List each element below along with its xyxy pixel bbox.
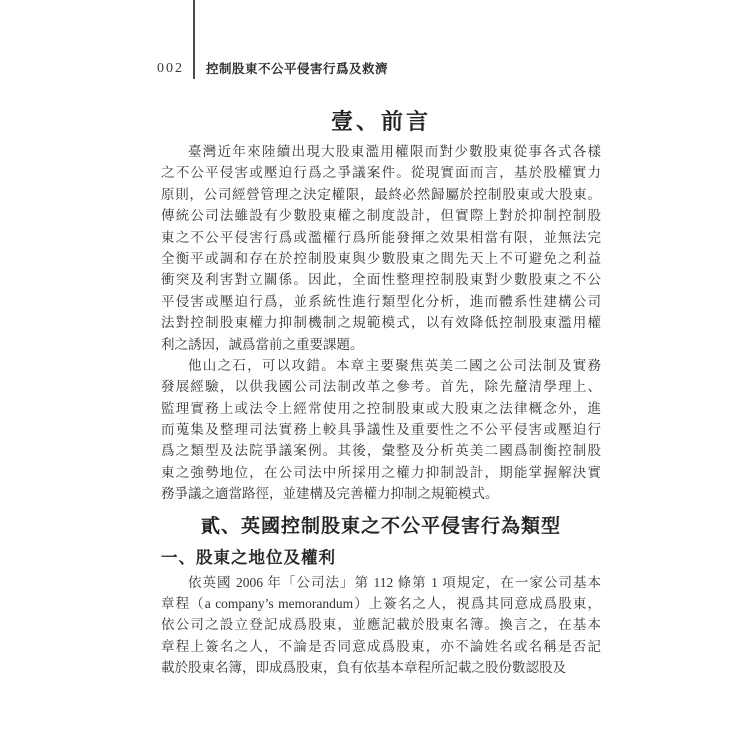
text-line: 爲之類型及法院爭議案例。其後，彙整及分析英美二國爲制衡控制股 <box>161 440 601 461</box>
text-line: 平侵害或壓迫行爲，並系統性進行類型化分析，進而體系性建構公司 <box>161 291 601 312</box>
text-line: 法對控制股東權力抑制機制之規範模式，以有效降低控制股東濫用權 <box>161 312 601 333</box>
section-title-uk-types: 貳、英國控制股東之不公平侵害行為類型 <box>161 513 601 541</box>
subsection-title-shareholder-status: 一、股東之地位及權利 <box>161 547 601 569</box>
text-line: 東之不公平侵害行爲或濫權行爲所能發揮之效果相當有限，並無法完 <box>161 227 601 248</box>
text-line: 而蒐集及整理司法實務上較具爭議性及重要性之不公平侵害或壓迫行 <box>161 419 601 440</box>
paragraph: 臺灣近年來陸續出現大股東濫用權限而對少數股東從事各式各樣之不公平侵害或壓迫行爲之… <box>161 141 601 355</box>
text-line: 依英國 2006 年「公司法」第 112 條第 1 項規定，在一家公司基本 <box>161 572 601 593</box>
text-line: 利之誘因，誠爲當前之重要課題。 <box>161 334 601 355</box>
text-line: 之不公平侵害或壓迫行爲之爭議案件。從現實面而言，基於股權實力 <box>161 162 601 183</box>
text-line: 依公司之設立登記成爲股東，並應記載於股東名簿。換言之，在基本 <box>161 614 601 635</box>
paragraph: 他山之石，可以攻錯。本章主要聚焦英美二國之公司法制及實務發展經驗，以供我國公司法… <box>161 355 601 505</box>
paragraph: 依英國 2006 年「公司法」第 112 條第 1 項規定，在一家公司基本章程（… <box>161 572 601 679</box>
content-column: 壹、前言 臺灣近年來陸續出現大股東濫用權限而對少數股東從事各式各樣之不公平侵害或… <box>161 0 601 679</box>
section-title-introduction: 壹、前言 <box>161 106 601 138</box>
book-page: 002 控制股東不公平侵害行爲及救濟 壹、前言 臺灣近年來陸續出現大股東濫用權限… <box>0 0 750 750</box>
text-line: 傳統公司法雖設有少數股東權之制度設計，但實際上對於抑制控制股 <box>161 205 601 226</box>
text-line: 章程（a company’s memorandum）上簽名之人，視爲其同意成爲股… <box>161 593 601 614</box>
text-line: 臺灣近年來陸續出現大股東濫用權限而對少數股東從事各式各樣 <box>161 141 601 162</box>
text-line: 務爭議之適當路徑，並建構及完善權力抑制之規範模式。 <box>161 483 601 504</box>
text-line: 他山之石，可以攻錯。本章主要聚焦英美二國之公司法制及實務 <box>161 355 601 376</box>
text-line: 發展經驗，以供我國公司法制改革之參考。首先，除先釐清學理上、 <box>161 376 601 397</box>
text-line: 監理實務上或法令上經常使用之控制股東或大股東之法律概念外，進 <box>161 398 601 419</box>
text-line: 章程上簽名之人，不論是否同意成爲股東，亦不論姓名或名稱是否記 <box>161 636 601 657</box>
text-line: 東之強勢地位，在公司法中所採用之權力抑制設計，期能掌握解決實 <box>161 462 601 483</box>
text-line: 原則，公司經營管理之決定權限，最終必然歸屬於控制股東或大股東。 <box>161 184 601 205</box>
text-line: 衝突及利害對立關係。因此，全面性整理控制股東對少數股東之不公 <box>161 269 601 290</box>
text-line: 全衡平或調和存在於控制股東與少數股東之間先天上不可避免之利益 <box>161 248 601 269</box>
text-line: 載於股東名簿，即成爲股東，負有依基本章程所記載之股份數認股及 <box>161 657 601 678</box>
